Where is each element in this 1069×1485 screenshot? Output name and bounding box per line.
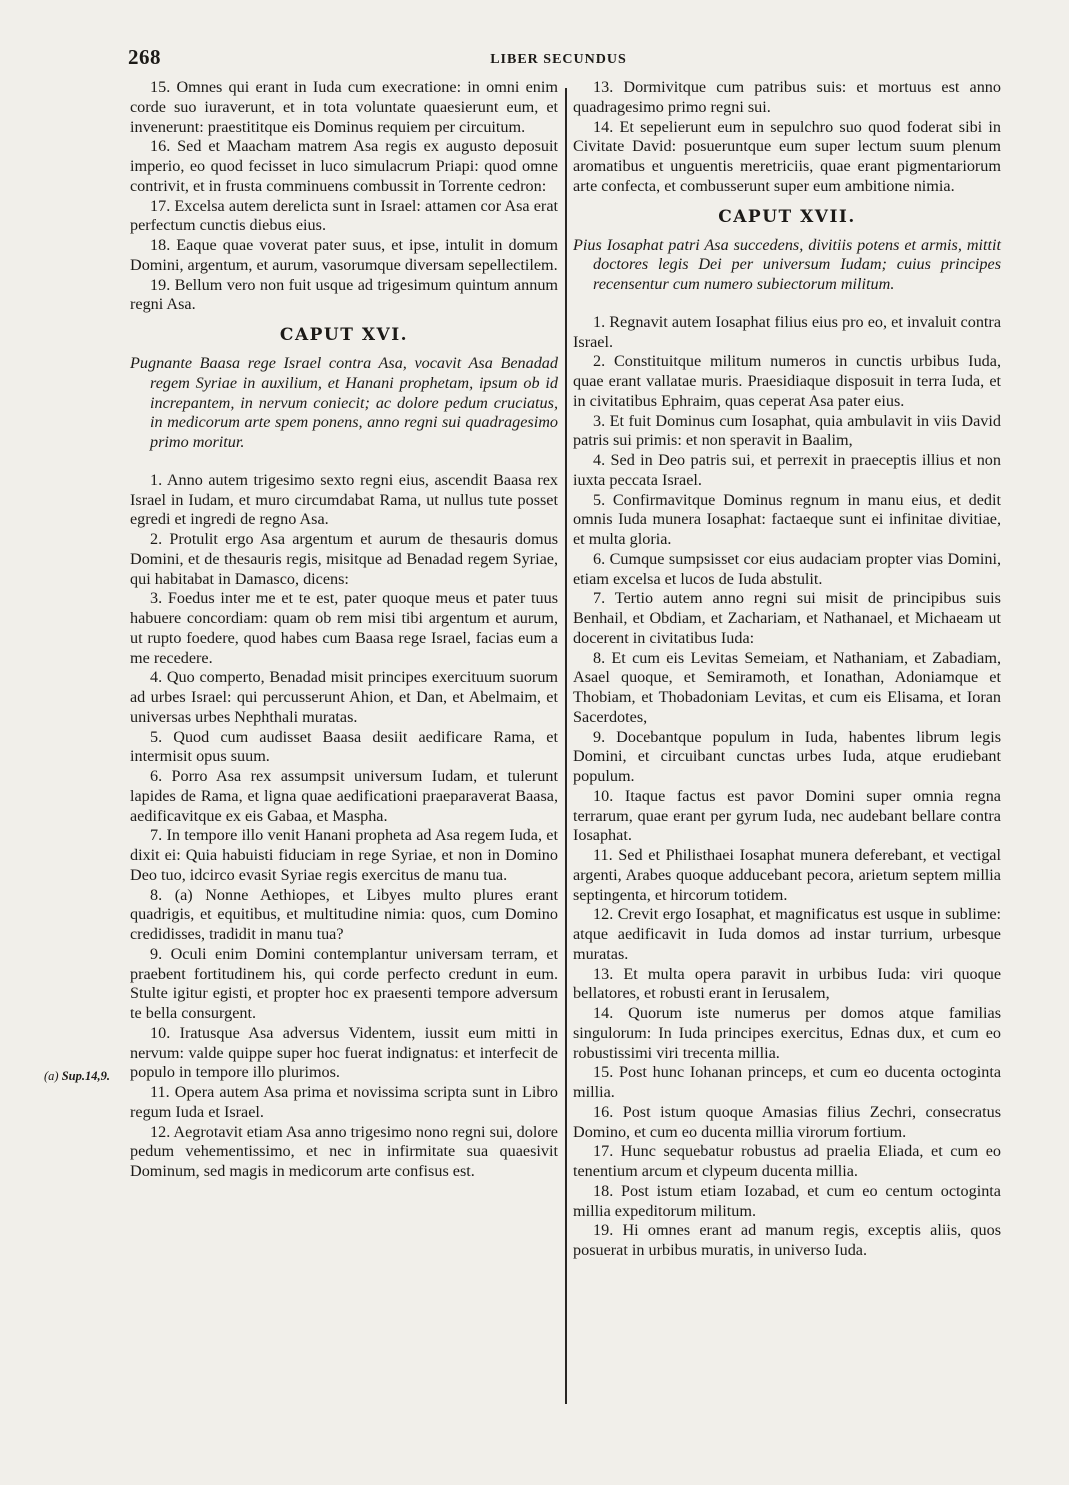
verse: 13. Et multa opera paravit in urbibus Iu… [573,965,1001,1005]
verse: 7. In tempore illo venit Hanani propheta… [130,826,558,885]
column-divider [565,88,567,1404]
running-title: LIBER SECUNDUS [0,52,1069,68]
verse: 13. Dormivitque cum patribus suis: et mo… [573,78,1001,118]
marginal-note: (a) Sup.14,9. [44,1069,110,1084]
verse: 6. Cumque sumpsisset cor eius audaciam p… [573,550,1001,590]
verse: 12. Crevit ergo Iosaphat, et magnificatu… [573,905,1001,964]
verse: 17. Hunc sequebatur robustus ad praelia … [573,1142,1001,1182]
verse: 15. Post hunc Iohanan princeps, et cum e… [573,1063,1001,1103]
verse: 6. Porro Asa rex assumpsit universum Iud… [130,767,558,826]
verse: 12. Aegrotavit etiam Asa anno trigesimo … [130,1123,558,1182]
verse: 18. Eaque quae voverat pater suus, et ip… [130,236,558,276]
marginal-note-label: (a) [44,1069,59,1083]
verse: 8. (a) Nonne Aethiopes, et Libyes multo … [130,886,558,945]
verse: 18. Post istum etiam Iozabad, et cum eo … [573,1182,1001,1222]
verse: 2. Protulit ergo Asa argentum et aurum d… [130,530,558,589]
left-column: 15. Omnes qui erant in Iuda cum execrati… [130,78,558,1182]
verse: 4. Quo comperto, Benadad misit principes… [130,668,558,727]
right-column: 13. Dormivitque cum patribus suis: et mo… [573,78,1001,1261]
verse: 3. Foedus inter me et te est, pater quoq… [130,589,558,668]
marginal-note-reference: Sup.14,9. [62,1069,110,1083]
verse: 16. Post istum quoque Amasias filius Zec… [573,1103,1001,1143]
verse: 4. Sed in Deo patris sui, et perrexit in… [573,451,1001,491]
verse: 14. Et sepelierunt eum in sepulchro suo … [573,118,1001,197]
verse: 2. Constituitque militum numeros in cunc… [573,352,1001,411]
verse: 19. Bellum vero non fuit usque ad triges… [130,276,558,316]
verse: 1. Regnavit autem Iosaphat filius eius p… [573,313,1001,353]
verse: 14. Quorum iste numerus per domos atque … [573,1004,1001,1063]
verse: 3. Et fuit Dominus cum Iosaphat, quia am… [573,412,1001,452]
chapter-summary: Pugnante Baasa rege Israel contra Asa, v… [130,354,558,453]
verse: 8. Et cum eis Levitas Semeiam, et Nathan… [573,649,1001,728]
verse: 11. Sed et Philisthaei Iosaphat munera d… [573,846,1001,905]
verse: 17. Excelsa autem derelicta sunt in Isra… [130,197,558,237]
chapter-heading: CAPUT XVII. [573,206,1001,228]
chapter-summary: Pius Iosaphat patri Asa succedens, divit… [573,236,1001,295]
verse: 9. Docebantque populum in Iuda, habentes… [573,728,1001,787]
verse: 19. Hi omnes erant ad manum regis, excep… [573,1221,1001,1261]
chapter-heading: CAPUT XVI. [130,324,558,346]
verse: 7. Tertio autem anno regni sui misit de … [573,589,1001,648]
verse: 10. Iratusque Asa adversus Videntem, ius… [130,1024,558,1083]
verse: 15. Omnes qui erant in Iuda cum execrati… [130,78,558,137]
verse: 10. Itaque factus est pavor Domini super… [573,787,1001,846]
verse: 5. Quod cum audisset Baasa desiit aedifi… [130,728,558,768]
verse: 1. Anno autem trigesimo sexto regni eius… [130,471,558,530]
verse: 5. Confirmavitque Dominus regnum in manu… [573,491,1001,550]
verse: 16. Sed et Maacham matrem Asa regis ex a… [130,137,558,196]
verse: 11. Opera autem Asa prima et novissima s… [130,1083,558,1123]
verse: 9. Oculi enim Domini contemplantur unive… [130,945,558,1024]
